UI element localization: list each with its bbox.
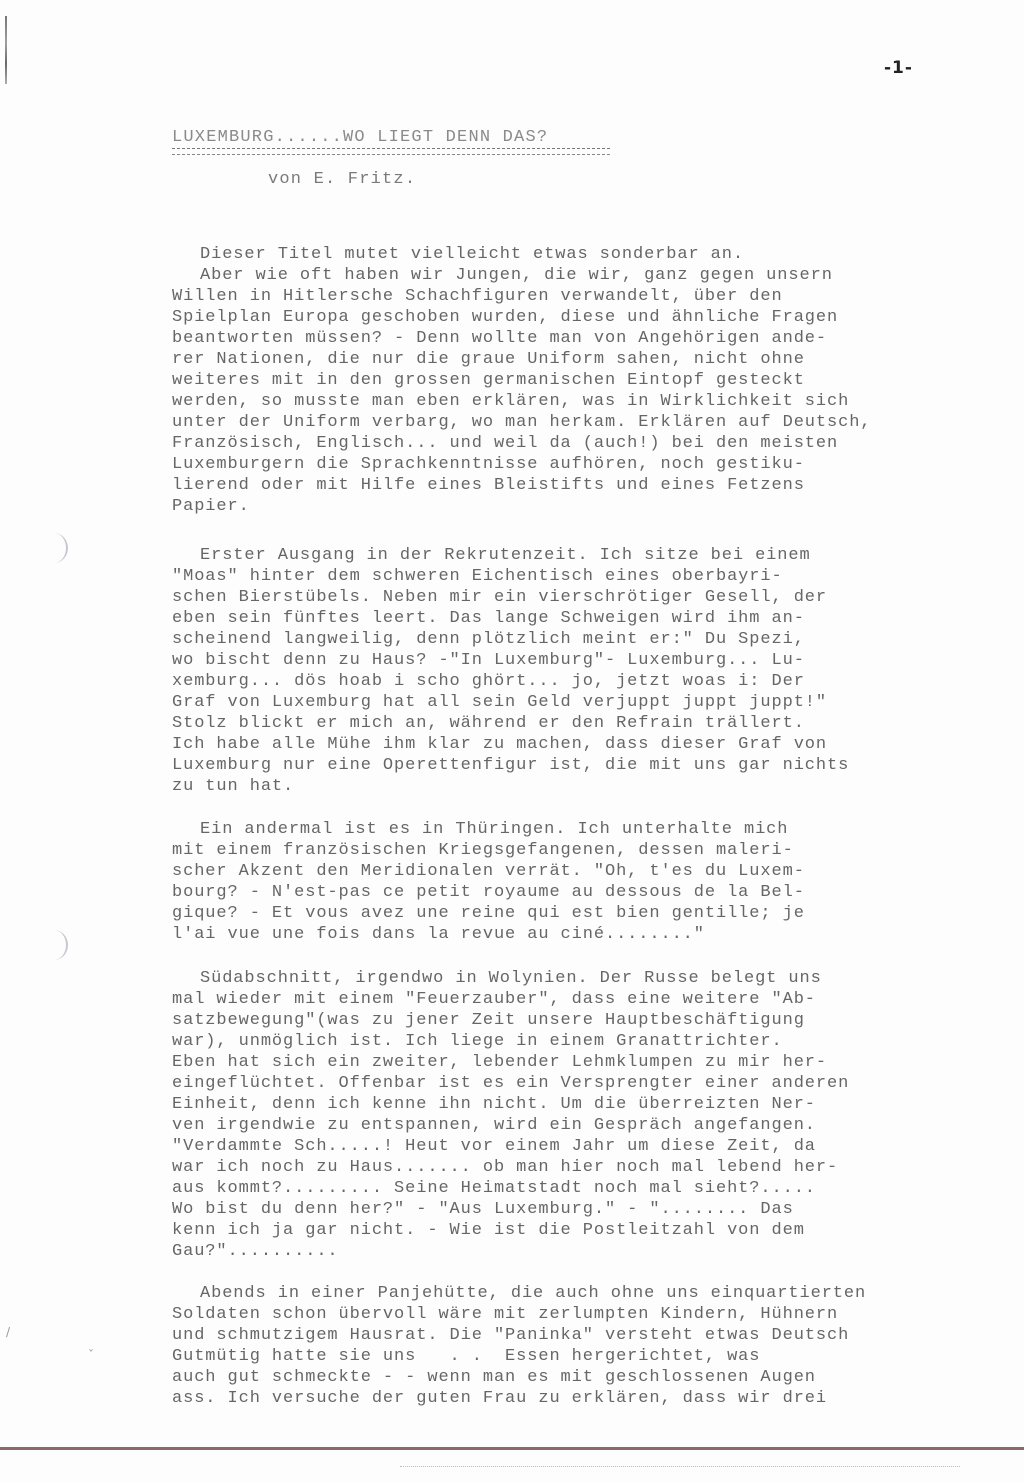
text-line: Spielplan Europa geschoben wurden, diese… <box>172 307 871 328</box>
text-line: beantworten müssen? - Denn wollte man vo… <box>172 328 871 349</box>
text-line: Stolz blickt er mich an, während er den … <box>172 713 849 734</box>
author-byline: von E. Fritz. <box>268 170 416 189</box>
text-line: Luxemburgern die Sprachkenntnisse aufhör… <box>172 454 871 475</box>
paragraph: Erster Ausgang in der Rekrutenzeit. Ich … <box>172 545 849 797</box>
punch-hole-lower <box>40 930 68 960</box>
text-line: Südabschnitt, irgendwo in Wolynien. Der … <box>172 968 849 989</box>
text-line: satzbewegung"(was zu jener Zeit unsere H… <box>172 1010 849 1031</box>
text-line: xemburg... dös hoab i scho ghört... jo, … <box>172 671 849 692</box>
text-line: war), unmöglich ist. Ich liege in einem … <box>172 1031 849 1052</box>
text-line: kenn ich ja gar nicht. - Wie ist die Pos… <box>172 1220 849 1241</box>
text-line: "Verdammte Sch.....! Heut vor einem Jahr… <box>172 1136 849 1157</box>
text-line: eben sein fünftes leert. Das lange Schwe… <box>172 608 849 629</box>
paragraph: Ein andermal ist es in Thüringen. Ich un… <box>172 819 805 945</box>
text-line: Aber wie oft haben wir Jungen, die wir, … <box>172 265 871 286</box>
text-line: Luxemburg nur eine Operettenfigur ist, d… <box>172 755 849 776</box>
text-line: ass. Ich versuche der guten Frau zu erkl… <box>172 1388 866 1409</box>
text-line: und schmutzigem Hausrat. Die "Paninka" v… <box>172 1325 866 1346</box>
text-line: l'ai vue une fois dans la revue au ciné.… <box>172 924 805 945</box>
text-line: mit einem französischen Kriegsgefangenen… <box>172 840 805 861</box>
text-line: bourg? - N'est-pas ce petit royaume au d… <box>172 882 805 903</box>
text-line: gique? - Et vous avez une reine qui est … <box>172 903 805 924</box>
text-line: Ich habe alle Mühe ihm klar zu machen, d… <box>172 734 849 755</box>
document-title: LUXEMBURG......WO LIEGT DENN DAS? <box>172 128 548 147</box>
text-line: Eben hat sich ein zweiter, lebender Lehm… <box>172 1052 849 1073</box>
margin-mark: / <box>6 1325 10 1339</box>
paragraph: Dieser Titel mutet vielleicht etwas sond… <box>172 244 871 517</box>
edge-mark <box>5 16 7 84</box>
text-line: Gau?".......... <box>172 1241 849 1262</box>
text-line: Abends in einer Panjehütte, die auch ohn… <box>172 1283 866 1304</box>
text-line: Erster Ausgang in der Rekrutenzeit. Ich … <box>172 545 849 566</box>
punch-hole-upper <box>40 533 68 563</box>
page-bottom-rule <box>0 1447 1024 1450</box>
text-line: schen Bierstübels. Neben mir ein viersch… <box>172 587 849 608</box>
title-underline <box>172 148 610 155</box>
text-line: Ein andermal ist es in Thüringen. Ich un… <box>172 819 805 840</box>
text-line: aus kommt?......... Seine Heimatstadt no… <box>172 1178 849 1199</box>
margin-mark: ˇ <box>88 1348 94 1362</box>
text-line: war ich noch zu Haus....... ob man hier … <box>172 1157 849 1178</box>
text-line: "Moas" hinter dem schweren Eichentisch e… <box>172 566 849 587</box>
paragraph: Abends in einer Panjehütte, die auch ohn… <box>172 1283 866 1409</box>
text-line: Französisch, Englisch... und weil da (au… <box>172 433 871 454</box>
page-number: -1- <box>884 58 913 78</box>
text-line: mal wieder mit einem "Feuerzauber", dass… <box>172 989 849 1010</box>
text-line: scheinend langweilig, denn plötzlich mei… <box>172 629 849 650</box>
text-line: weiteres mit in den grossen germanischen… <box>172 370 871 391</box>
text-line: werden, so musste man eben erklären, was… <box>172 391 871 412</box>
text-line: Wo bist du denn her?" - "Aus Luxemburg."… <box>172 1199 849 1220</box>
text-line: ven irgendwie zu entspannen, wird ein Ge… <box>172 1115 849 1136</box>
scanned-page: -1- LUXEMBURG......WO LIEGT DENN DAS? vo… <box>0 0 1024 1482</box>
text-line: scher Akzent den Meridionalen verrät. "O… <box>172 861 805 882</box>
text-line: Graf von Luxemburg hat all sein Geld ver… <box>172 692 849 713</box>
text-line: Willen in Hitlersche Schachfiguren verwa… <box>172 286 871 307</box>
text-line: Dieser Titel mutet vielleicht etwas sond… <box>172 244 871 265</box>
text-line: wo bischt denn zu Haus? -"In Luxemburg"-… <box>172 650 849 671</box>
text-line: Papier. <box>172 496 871 517</box>
text-line: auch gut schmeckte - - wenn man es mit g… <box>172 1367 866 1388</box>
paragraph: Südabschnitt, irgendwo in Wolynien. Der … <box>172 968 849 1262</box>
text-line: rer Nationen, die nur die graue Uniform … <box>172 349 871 370</box>
text-line: Gutmütig hatte sie uns . . Essen hergeri… <box>172 1346 866 1367</box>
text-line: zu tun hat. <box>172 776 849 797</box>
text-line: Einheit, denn ich kenne ihn nicht. Um di… <box>172 1094 849 1115</box>
text-line: eingeflüchtet. Offenbar ist es ein Versp… <box>172 1073 849 1094</box>
text-line: lierend oder mit Hilfe eines Bleistifts … <box>172 475 871 496</box>
text-line: Soldaten schon übervoll wäre mit zerlump… <box>172 1304 866 1325</box>
text-line: unter der Uniform verbarg, wo man herkam… <box>172 412 871 433</box>
scan-speckle <box>400 1466 960 1468</box>
